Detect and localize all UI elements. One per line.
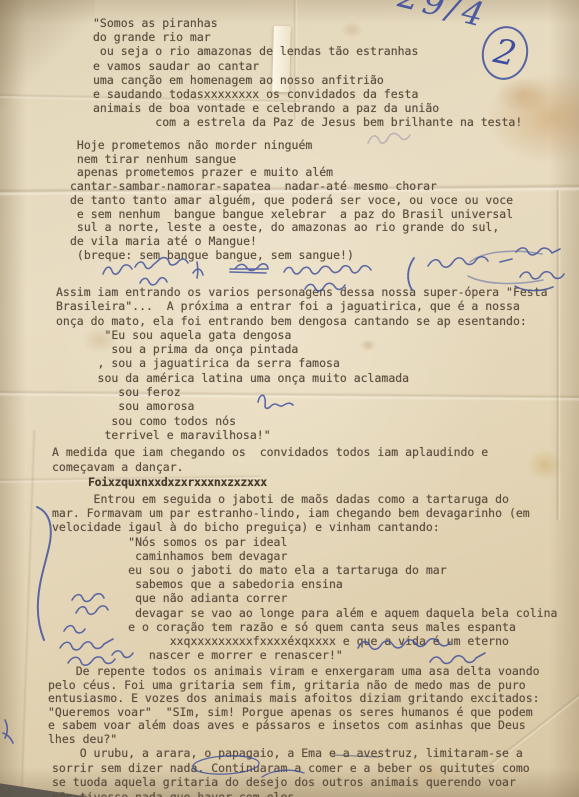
typed-line: terrivel e maravilhosa!" — [56, 428, 548, 442]
typed-line: Hoje prometemos não morder ninguém — [70, 139, 513, 153]
typed-paragraph-de-repente: De repente todos os animais viram e enxe… — [48, 665, 540, 746]
typed-line: e o coração tem razão e só quem canta se… — [52, 620, 557, 634]
typed-line: caminhamos bem devagar — [52, 549, 557, 563]
typed-line: entusiasmo. E vozes dos animais mais afo… — [48, 692, 540, 706]
typed-line: que não adianta correr — [52, 591, 557, 605]
typed-line: "Queremos voar" "SIm, sim! Porgue apenas… — [48, 706, 540, 720]
typed-paragraph-o-urubu: O urubu, a arara, o papagaio, a Ema e a … — [52, 746, 530, 797]
typed-line: com a estrela da Paz de Jesus bem brilha… — [93, 115, 522, 129]
typed-line: nem tirar nenhum sangue — [70, 153, 513, 167]
typed-line: onça do mato, ela foi entrando bem dengo… — [56, 314, 548, 328]
typed-line: se tuoda aquela gritaria do desejo dos o… — [52, 775, 530, 790]
typed-line: animais de boa vontade e celebrando a pa… — [93, 101, 522, 115]
typed-line: mar. Formavam um par estranho-lindo, iam… — [52, 506, 557, 520]
typed-line: uma canção em homenagem ao nosso anfitri… — [93, 73, 522, 87]
typed-line: Assim iam entrando os varios personagens… — [56, 285, 548, 299]
typed-line: O urubu, a arara, o papagaio, a Ema e a … — [52, 746, 530, 761]
typed-line: sou a prima da onça pintada — [56, 342, 548, 356]
typed-line: sou como todos nós — [56, 414, 548, 428]
typed-stanza-hoje-prometemos: Hoje prometemos não morder ninguém nem t… — [70, 139, 513, 262]
typed-line: ou seja o rio amazonas de lendas tão est… — [93, 44, 522, 58]
typed-line: não tivesse nada que haver com eles. — [52, 790, 530, 797]
typed-line: sabemos que a sabedoria ensina — [52, 577, 557, 591]
typed-line: (breque: sem bangue bangue, sem sangue!) — [70, 249, 513, 263]
typed-line: lhes deu?" — [48, 733, 540, 747]
typed-line: de tanto tanto amar alguém, que poderá s… — [70, 194, 513, 208]
typed-line: Entrou em seguida o jaboti de maõs dadas… — [52, 492, 557, 506]
typed-paragraph-entrou-jaboti: Entrou em seguida o jaboti de maõs dadas… — [52, 492, 557, 662]
scanned-manuscript-page: "Somos as piranhasdo grande rio mar ou s… — [0, 0, 579, 797]
page-number: 2 — [490, 31, 519, 75]
typed-line: xxqxxxxxxxxxfxxxxéxqxxxx e que a vida é … — [52, 634, 557, 648]
typed-paragraph-assim-iam-entrando: Assim iam entrando os varios personagens… — [56, 285, 548, 442]
typed-line: sou feroz — [56, 385, 548, 399]
typed-line: nascer e morrer e renascer!" — [52, 648, 557, 662]
typed-line: sul a norte, leste a oeste, do amazonas … — [70, 221, 513, 235]
typed-line: sou amorosa — [56, 399, 548, 413]
typed-line: e saudando todasxxxxxxxx os convidados d… — [93, 87, 522, 101]
typed-stanza-somos-as-piranhas: "Somos as piranhasdo grande rio mar ou s… — [93, 16, 522, 130]
typed-line: de vila maria até o Mangue! — [70, 235, 513, 249]
typed-line: apenas prometemos prazer e muito além — [70, 166, 513, 180]
typed-line: sorrir sem dizer nada. Continuaram a com… — [52, 761, 530, 776]
typed-line: Brasileira"... A próxima a entrar foi a … — [56, 299, 548, 313]
typed-line: e sabem voar além doas aves e pássaros e… — [48, 719, 540, 733]
typed-line: De repente todos os animais viram e enxe… — [48, 665, 540, 679]
typed-paragraph-a-medida: A medida que iam chegando os convidados … — [52, 445, 488, 475]
typed-line: "Eu sou aquela gata dengosa — [56, 328, 548, 342]
typed-line: velocidade igaul à do bicho preguiça) e … — [52, 520, 557, 534]
typed-line: do grande rio mar — [93, 30, 522, 44]
typed-line: e vamos saudar ao cantar — [93, 59, 522, 73]
typed-line: e sem nenhum bangue bangue xelebrar a pa… — [70, 208, 513, 222]
typed-line: pelo céus. Foi uma gritaria sem fim, gri… — [48, 679, 540, 693]
typed-line: A medida que iam chegando os convidados … — [52, 445, 488, 460]
typed-line: sou da américa latina uma onça muito acl… — [56, 371, 548, 385]
typed-crossed-out-line: Foixzquxnxxdxzxrxxxnxzxzxxx — [88, 475, 267, 489]
typed-line: eu sou o jaboti do mato ela a tartaruga … — [52, 563, 557, 577]
typed-line: "Nós somos os par ideal — [52, 535, 557, 549]
typed-line: devagar se vao ao longe para além e aque… — [52, 606, 557, 620]
typed-line: cantar-sambar-namorar-sapatea nadar-até … — [70, 180, 513, 194]
typed-line: , sou a jaguatirica da serra famosa — [56, 356, 548, 370]
typed-line: começavam a dançar. — [52, 460, 488, 475]
